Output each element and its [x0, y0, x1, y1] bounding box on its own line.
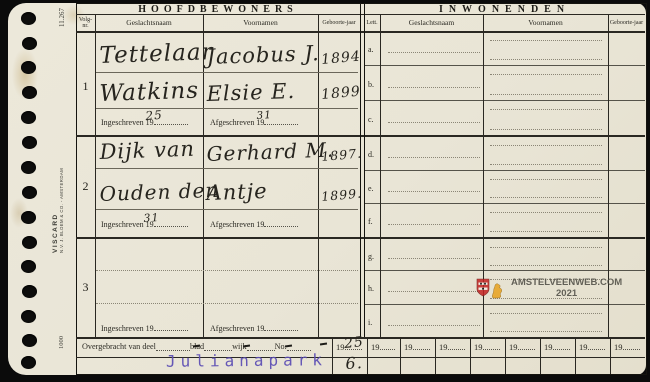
entry-number-value: 6.	[345, 353, 363, 373]
inwonenden-row: f.	[364, 203, 646, 237]
hoofdbewoners-title: HOOFDBEWONERS	[76, 4, 360, 15]
year-cell: 19	[509, 342, 535, 352]
col-geboortejaar-inw: Geboorte-jaar	[608, 15, 645, 31]
firstnames-entry: Jacobus J.	[206, 41, 320, 69]
year-prefix: 19	[371, 342, 380, 352]
punch-hole	[22, 136, 37, 149]
punch-hole	[21, 161, 36, 174]
afgeschreven-year: 31	[256, 109, 272, 122]
printer-imprint: VISCARD N.V. J. BLOEM & CO. - AMSTERDAM	[52, 148, 64, 253]
year-prefix: 19	[614, 342, 623, 352]
card-serial-number: 11.267	[58, 8, 66, 27]
dotted-leader	[483, 342, 500, 350]
col-geboortejaar: Geboorte-jaar	[318, 15, 360, 31]
punch-hole	[21, 111, 36, 124]
birthyear-entry: 1899	[321, 84, 362, 103]
ingeschreven-label: Ingeschreven 19	[101, 117, 188, 127]
dotted-leader	[588, 342, 605, 350]
writing-line	[96, 303, 358, 304]
col-geslachtsnaam-inw: Geslachtsnaam	[380, 15, 483, 31]
writing-line	[388, 291, 480, 292]
afgeschreven-label: Afgeschreven 19	[210, 219, 298, 229]
grid-line	[470, 337, 471, 374]
writing-line	[96, 270, 358, 271]
afgeschreven-text: Afgeschreven 19	[210, 220, 264, 229]
dotted-leader	[553, 342, 570, 350]
grid-line	[400, 337, 401, 374]
year-prefix: 19	[404, 342, 413, 352]
transfer-year-value: 25	[343, 334, 364, 352]
row-letter: d.	[368, 150, 374, 159]
volgnr-1: 1	[76, 79, 95, 94]
watermark: AMSTELVEENWEB.COM 2021	[476, 277, 622, 301]
punch-hole	[22, 37, 37, 50]
inwonenden-row: d.	[364, 136, 646, 170]
punch-hole	[22, 186, 37, 199]
row-letter: b.	[368, 80, 374, 89]
punch-hole	[21, 356, 36, 369]
col-lett: Lett.	[364, 15, 380, 31]
surname-entry: Dijk van	[99, 137, 195, 164]
inwonenden-row: e.	[364, 170, 646, 203]
writing-line	[388, 325, 480, 326]
year-prefix: 19	[439, 342, 448, 352]
punch-hole	[21, 211, 36, 224]
row-letter: f.	[368, 217, 373, 226]
grid-line	[435, 337, 436, 374]
grid-line	[95, 14, 96, 337]
punch-hole	[22, 86, 37, 99]
writing-line	[96, 72, 358, 73]
punch-hole	[22, 334, 37, 347]
dotted-leader	[413, 342, 430, 350]
writing-line	[388, 224, 480, 225]
volgnr-2: 2	[76, 179, 95, 194]
volgnr-3: 3	[76, 280, 95, 295]
printer-name: N.V. J. BLOEM & CO. - AMSTERDAM	[59, 148, 64, 253]
inwonenden-row: i.	[364, 304, 646, 337]
inwonenden-row: b.	[364, 65, 646, 100]
inwonenden-row: a.	[364, 31, 646, 65]
surname-entry: Ouden den	[99, 178, 219, 206]
punch-hole	[22, 236, 37, 249]
dotted-leader	[518, 342, 535, 350]
row-letter: c.	[368, 115, 374, 124]
year-cell: 19	[439, 342, 465, 352]
year-prefix: 19	[474, 342, 483, 352]
grid-line	[367, 337, 368, 374]
punch-hole	[21, 310, 36, 323]
card-paper: 11.267 VISCARD N.V. J. BLOEM & CO. - AMS…	[8, 3, 646, 375]
birthyear-entry: 1894	[321, 49, 362, 68]
dotted-leader	[623, 342, 640, 350]
inwonenden-row: g.	[364, 239, 646, 270]
brand-name: VISCARD	[52, 148, 59, 253]
scanned-register-card: 11.267 VISCARD N.V. J. BLOEM & CO. - AMS…	[0, 0, 650, 382]
afgeschreven-label: Afgeschreven 19	[210, 117, 298, 127]
dotted-leader	[264, 323, 298, 331]
firstnames-entry: Elsie E.	[206, 79, 295, 106]
col-voornamen-inw: Voornamen	[483, 15, 608, 31]
year-cell: 19	[404, 342, 430, 352]
row-letter: g.	[368, 252, 374, 261]
writing-line	[388, 157, 480, 158]
dotted-leader	[156, 343, 190, 351]
ingeschreven-year: 31	[143, 211, 160, 225]
firstnames-entry: Antje	[206, 179, 268, 205]
inwonenden-row: c.	[364, 100, 646, 135]
row-letter: h.	[368, 284, 374, 293]
dotted-leader	[264, 219, 298, 227]
row-letter: i.	[368, 318, 372, 327]
year-cell: 19	[544, 342, 570, 352]
dotted-leader	[448, 342, 465, 350]
transfer-label: Overgebracht van deel	[82, 342, 156, 351]
writing-line	[388, 52, 480, 53]
afgeschreven-text: Afgeschreven 19	[210, 324, 264, 333]
punch-hole	[21, 61, 36, 74]
writing-line	[388, 191, 480, 192]
year-cell: 19	[614, 342, 640, 352]
writing-line	[388, 258, 480, 259]
julianapark-stamp: Julianapark	[166, 350, 327, 370]
dotted-leader	[154, 323, 188, 331]
row-letter: a.	[368, 45, 374, 54]
grid-line	[505, 337, 506, 374]
row-letter: e.	[368, 184, 374, 193]
col-volgnr: Volg-nr.	[76, 15, 95, 31]
surname-entry: Watkins	[99, 78, 199, 107]
punch-hole	[22, 285, 37, 298]
col-voornamen: Voornamen	[203, 15, 318, 31]
writing-line	[96, 108, 358, 109]
watermark-year: 2021	[511, 289, 622, 300]
year-prefix: 19	[544, 342, 553, 352]
firstnames-entry: Gerhard M.	[206, 138, 334, 166]
stock-number: 1000	[58, 336, 65, 349]
ingeschreven-year: 25	[145, 108, 163, 123]
year-cell: 19	[474, 342, 500, 352]
punch-hole	[21, 12, 36, 25]
year-prefix: 19	[579, 342, 588, 352]
writing-line	[388, 122, 480, 123]
ingeschreven-label: Ingeschreven 19	[101, 323, 188, 333]
writing-line	[96, 209, 358, 210]
writing-line	[388, 87, 480, 88]
dotted-leader	[380, 342, 395, 350]
grid-line	[332, 337, 333, 374]
grid-line	[610, 337, 611, 374]
ingeschreven-text: Ingeschreven 19	[101, 324, 154, 333]
writing-line	[96, 168, 358, 169]
year-cell: 19	[579, 342, 605, 352]
amstelveen-coat-of-arms-icon	[476, 277, 508, 301]
col-geslachtsnaam: Geslachtsnaam	[95, 15, 203, 31]
punch-hole	[21, 260, 36, 273]
grid-line	[540, 337, 541, 374]
year-prefix: 19	[509, 342, 518, 352]
grid-line	[575, 337, 576, 374]
afgeschreven-label: Afgeschreven 19	[210, 323, 298, 333]
dotted-leader	[204, 343, 232, 351]
surname-entry: Tettelaar	[99, 39, 214, 69]
year-cell: 19	[371, 342, 395, 352]
inwonenden-title: INWONENDEN	[364, 4, 645, 15]
